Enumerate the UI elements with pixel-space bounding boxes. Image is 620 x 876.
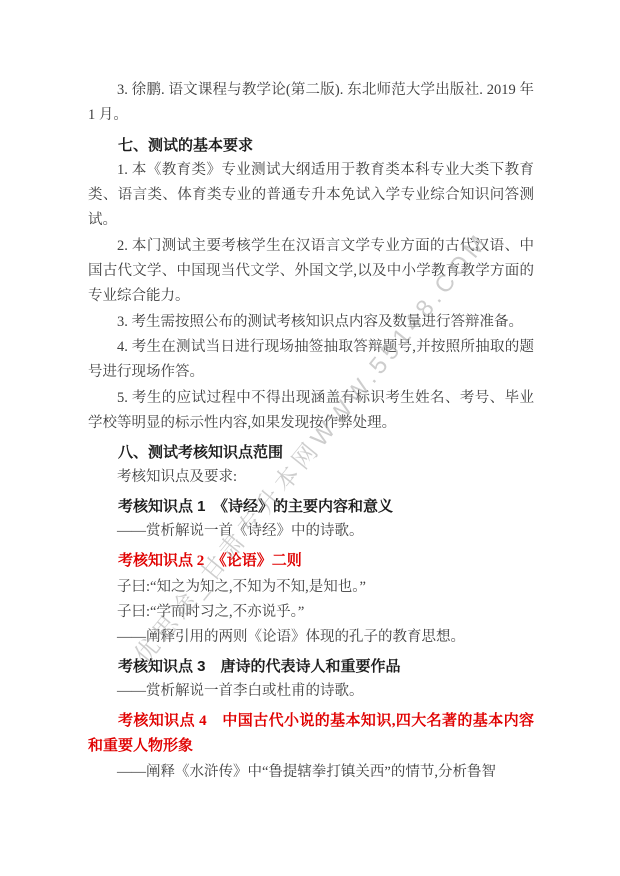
document-body: 3. 徐鹏. 语文课程与教学论(第二版). 东北师范大学出版社. 2019 年 … <box>88 78 534 785</box>
knowledge-point-heading: 考核知识点 3 唐诗的代表诗人和重要作品 <box>88 654 534 679</box>
paragraph: ——赏析解说一首《诗经》中的诗歌。 <box>88 519 534 544</box>
paragraph: 1. 本《教育类》专业测试大纲适用于教育类本科专业大类下教育类、语言类、体育类专… <box>88 158 534 234</box>
document-page: 3. 徐鹏. 语文课程与教学论(第二版). 东北师范大学出版社. 2019 年 … <box>0 0 620 876</box>
paragraph: 子曰:“知之为知之,不知为不知,是知也。” <box>88 575 534 600</box>
paragraph: 子曰:“学而时习之,不亦说乎。” <box>88 600 534 625</box>
paragraph: 3. 考生需按照公布的测试考核知识点内容及数量进行答辩准备。 <box>88 310 534 335</box>
knowledge-point-heading-red: 考核知识点 2 《论语》二则 <box>88 549 534 574</box>
paragraph: ——赏析解说一首李白或杜甫的诗歌。 <box>88 679 534 704</box>
section-heading: 八、测试考核知识点范围 <box>88 440 534 465</box>
section-heading: 七、测试的基本要求 <box>88 133 534 158</box>
paragraph: 5. 考生的应试过程中不得出现涵盖有标识考生姓名、考号、毕业学校等明显的标示性内… <box>88 386 534 437</box>
paragraph: ——阐释引用的两则《论语》体现的孔子的教育思想。 <box>88 625 534 650</box>
paragraph: 3. 徐鹏. 语文课程与教学论(第二版). 东北师范大学出版社. 2019 年 … <box>88 78 534 129</box>
knowledge-point-heading-red: 考核知识点 4 中国古代小说的基本知识,四大名著的基本内容和重要人物形象 <box>88 709 534 760</box>
knowledge-point-heading: 考核知识点 1 《诗经》的主要内容和意义 <box>88 494 534 519</box>
paragraph: ——阐释《水浒传》中“鲁提辖拳打镇关西”的情节,分析鲁智 <box>88 760 534 785</box>
paragraph: 考核知识点及要求: <box>88 465 534 490</box>
paragraph: 2. 本门测试主要考核学生在汉语言文学专业方面的古代汉语、中国古代文学、中国现当… <box>88 234 534 310</box>
paragraph: 4. 考生在测试当日进行现场抽签抽取答辩题号,并按照所抽取的题号进行现场作答。 <box>88 335 534 386</box>
